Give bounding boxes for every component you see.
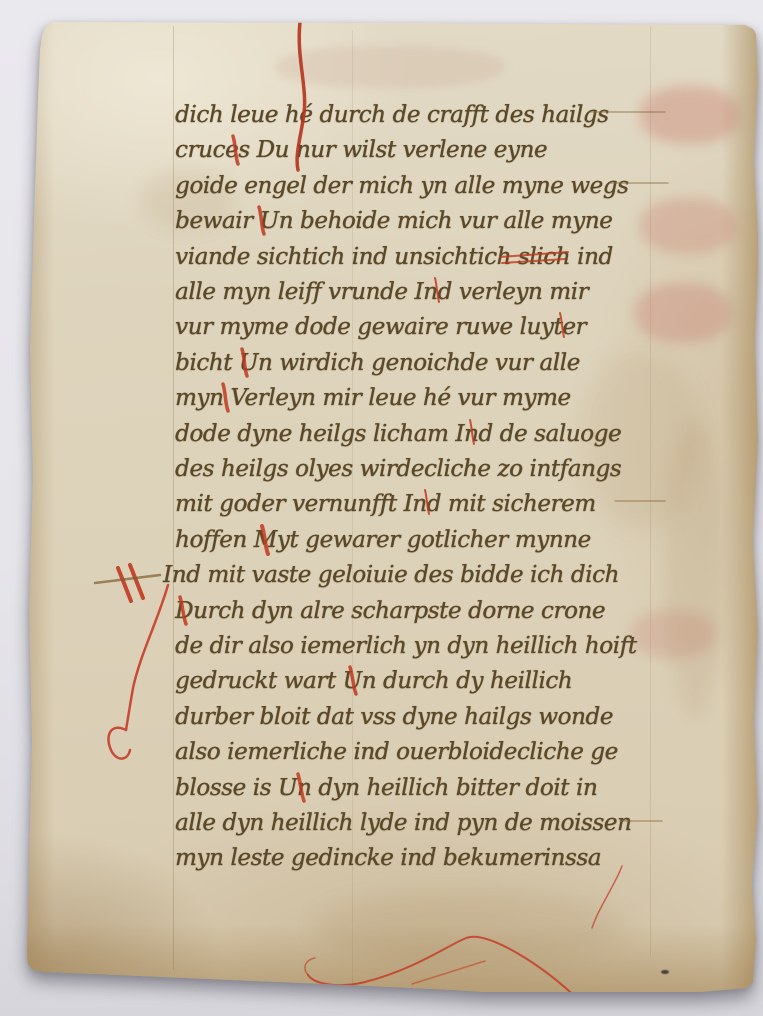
manuscript-text-line: gedruckt wart Un durch dy heillich	[175, 666, 572, 696]
manuscript-text-line: dich leue hé durch de crafft des hailgs	[175, 100, 608, 130]
manuscript-text-line: dode dyne heilgs licham Ind de saluoge	[175, 419, 621, 449]
manuscript-text-line: des heilgs olyes wirdecliche zo intfangs	[175, 454, 621, 484]
manuscript-text-line: vur myme dode gewaire ruwe luyter	[175, 312, 586, 342]
manuscript-text-line: myn leste gedincke ind bekumerinssa	[175, 843, 601, 873]
manuscript-text-line: hoffen Myt gewarer gotlicher mynne	[175, 525, 591, 555]
manuscript-leaf: dich leue hé durch de crafft des hailgs …	[25, 20, 758, 992]
manuscript-text-line: Ind mit vaste geloiuie des bidde ich dic…	[163, 560, 619, 590]
manuscript-text-line: cruces Du nur wilst verlene eyne	[175, 135, 547, 165]
manuscript-text-line: de dir also iemerlich yn dyn heillich ho…	[175, 631, 637, 661]
manuscript-text-line: alle dyn heillich lyde ind pyn de moisse…	[175, 808, 631, 838]
manuscript-text-line: Durch dyn alre scharpste dorne crone	[175, 596, 605, 626]
leaf-shadow: dich leue hé durch de crafft des hailgs …	[25, 20, 758, 992]
manuscript-text-line: goide engel der mich yn alle myne wegs	[175, 171, 628, 201]
manuscript-text-line: bewair Un behoide mich vur alle myne	[175, 206, 612, 236]
manuscript-text-line: blosse is Un dyn heillich bitter doit in	[175, 773, 597, 803]
manuscript-text-line: mit goder vernunfft Ind mit sicherem	[175, 489, 596, 519]
manuscript-text-line: myn Verleyn mir leue hé vur myme	[175, 383, 571, 413]
manuscript-text-line: bicht Un wirdich genoichde vur alle	[175, 348, 580, 378]
photo-backdrop: dich leue hé durch de crafft des hailgs …	[0, 0, 763, 1016]
manuscript-text-line: alle myn leiff vrunde Ind verleyn mir	[175, 277, 588, 307]
manuscript-text-line: also iemerliche ind ouerbloidecliche ge	[175, 737, 618, 767]
manuscript-text-line: viande sichtich ind unsichtich slich ind	[175, 242, 613, 272]
manuscript-text-line: durber bloit dat vss dyne hailgs wonde	[175, 702, 613, 732]
text-block: dich leue hé durch de crafft des hailgs …	[25, 20, 758, 992]
